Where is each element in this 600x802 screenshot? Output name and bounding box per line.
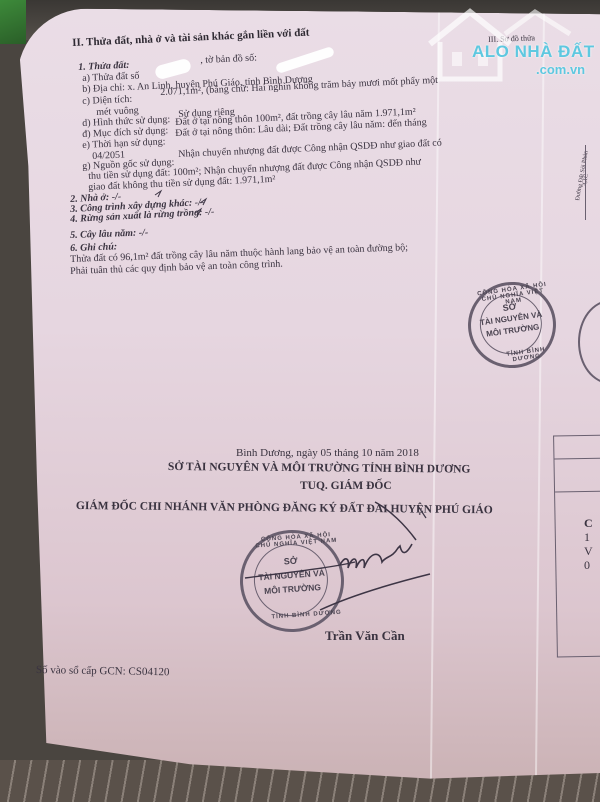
dash-marks <box>60 175 320 245</box>
watermark-brand: ALO NHÀ ĐẤT <box>472 42 595 62</box>
handwritten-signature <box>230 500 450 620</box>
registry-number: Số vào sổ cấp GCN: CS04120 <box>36 664 170 678</box>
date-line: Bình Dương, ngày 05 tháng 10 năm 2018 <box>236 447 419 459</box>
tuq-title: TUQ. GIÁM ĐỐC <box>300 480 392 492</box>
right-edge-char: V <box>584 544 593 559</box>
paper-fold <box>430 12 440 802</box>
right-edge-char: 1 <box>584 530 590 545</box>
signer-name: Trần Văn Cần <box>325 628 405 644</box>
diagram-line <box>585 145 586 220</box>
right-edge-char: 0 <box>584 558 590 573</box>
background-green-object <box>0 0 26 44</box>
watermark-domain: .com.vn <box>536 62 585 77</box>
paper-fold <box>535 13 545 802</box>
right-edge-char: C <box>584 516 593 531</box>
